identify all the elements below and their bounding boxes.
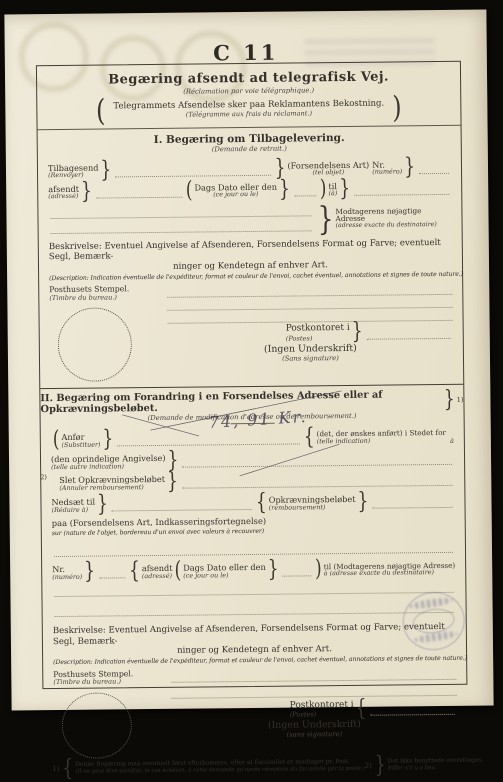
blank-line-amount <box>182 477 453 489</box>
section2-row-slet: 2) Slet Opkrævningsbeløbet (Annuler remb… <box>41 471 464 492</box>
postkontoret-row: Postkontoret i (Postes) <box>168 323 453 343</box>
brace-icon <box>129 561 140 584</box>
brace-icon <box>97 494 108 517</box>
section2-blank-row <box>42 584 465 599</box>
blank-line <box>54 544 453 557</box>
tilbagesend-label: Tilbagesend (Renvoyer) <box>48 163 99 179</box>
section1-stamp-block: Posthusets Stempel. (Timbre du bureau.) … <box>39 282 463 382</box>
brace-icon <box>404 156 415 179</box>
postkontoret-label: Postkontoret i (Postes) <box>290 701 354 719</box>
blank-line-destination <box>354 186 449 196</box>
stamp-circle-placeholder <box>61 692 132 720</box>
section2-row-anfor: Anfør (Substituer) (det, der ønskes anfø… <box>41 428 464 449</box>
brace-icon <box>304 426 315 449</box>
blank-line-item-description <box>115 167 270 178</box>
blank-line-office <box>367 330 451 340</box>
footnote-ref-1: 1) <box>457 396 464 404</box>
section2-blank-row <box>42 544 465 559</box>
postmark-text-marks <box>414 630 459 644</box>
stedet-label: (det, der ønskes anført) i Stedet for (t… <box>317 429 446 445</box>
section1-row-tilbagesend: Tilbagesend (Renvoyer) (Forsendelsens Ar… <box>38 159 461 180</box>
nedsaet-label: Nedsæt til (Réduire à) <box>51 498 95 514</box>
paren-icon <box>53 429 60 452</box>
blank-line-number <box>419 165 449 174</box>
ingen-underskrift: (Ingen Underskrift) (Sans signature) <box>168 343 453 364</box>
postkontoret-label: Postkontoret i (Postes) <box>286 324 350 342</box>
beskrivelse-label: Beskrivelse: <box>53 626 106 637</box>
posthusets-stempel-label: Posthusets Stempel. (Timbre du bureau.) <box>53 670 171 687</box>
section1-beskrivelse: Beskrivelse: Eventuel Angivelse af Afsen… <box>39 238 462 284</box>
brace-icon <box>100 159 111 182</box>
stamp-area: Posthusets Stempel. (Timbre du bureau.) <box>53 670 172 720</box>
brace-icon <box>167 471 178 494</box>
nr-label: Nr. (numéro) <box>372 160 402 176</box>
postmark-text-marks <box>409 596 454 610</box>
oprindelig-label: (den oprindelige Angivelse) (telle autre… <box>51 454 166 471</box>
nr-label: Nr. (numéro) <box>52 565 82 581</box>
stamp-circle-placeholder <box>57 307 132 382</box>
blank-line <box>55 604 454 617</box>
brace-icon <box>339 178 350 201</box>
blank-line <box>51 218 312 234</box>
section-divider <box>40 384 463 389</box>
signature-area: Postkontoret i (Postes) (Ingen Underskri… <box>167 282 453 381</box>
paren-icon <box>315 559 322 582</box>
dags-dato-label: Dags Dato eller den (ce jour ou le) <box>183 563 266 579</box>
brace-icon <box>356 698 367 720</box>
paa-label-fr: sur (nature de l'objet, bordereau d'un e… <box>52 528 264 537</box>
subtitle-block: ( Telegrammets Afsendelse sker paa Rekla… <box>37 95 460 123</box>
brace-icon <box>268 559 279 582</box>
blank-line-reduced <box>112 501 252 511</box>
blank-line <box>167 308 452 324</box>
opkraevning-label: Opkrævningsbeløbet (remboursement) <box>269 495 356 511</box>
blank-line <box>50 204 311 219</box>
paren-icon <box>186 180 193 203</box>
blank-lines-address-block <box>48 204 315 236</box>
beskrivelse-label: Beskrivelse: <box>49 242 102 253</box>
blank-line-remboursement <box>372 499 452 509</box>
section2-row-nedsaet: Nedsæt til (Réduire à) Opkrævningsbeløbe… <box>41 493 464 514</box>
footnote-ref-2: 2) <box>40 473 47 481</box>
brace-icon <box>279 179 290 202</box>
brace-icon <box>444 388 455 411</box>
paren-open-icon: ( <box>88 95 114 125</box>
paren-icon <box>320 178 327 201</box>
blank-line-original <box>182 456 452 468</box>
scanned-form-paper: C 11 Begæring afsendt ad telegrafisk Vej… <box>4 9 493 710</box>
slet-label: Slet Opkrævningsbeløbet (Annuler rembour… <box>59 475 165 491</box>
dags-dato-label: Dags Dato eller den (ce jour ou le) <box>194 183 277 199</box>
posthusets-stempel-label: Posthusets Stempel. (Timbre du bureau.) <box>49 285 167 302</box>
forsendelsens-art-label: (Forsendelsens Art) (tel objet) <box>287 161 369 177</box>
signature-area: Postkontoret i (Postes) (Ingen Underskri… <box>171 667 457 720</box>
blank-line <box>171 680 456 699</box>
section1-row-adresse: Modtagerens nøjagtige Adresse (adresse e… <box>38 203 461 236</box>
paa-label: paa (Forsendelsens Art, Indkasseringsfor… <box>52 514 455 528</box>
postkontoret-row: Postkontoret i (Postes) <box>172 700 457 720</box>
blank-line-substitute <box>117 436 300 447</box>
section2-stamp-block: Posthusets Stempel. (Timbre du bureau.) … <box>43 666 467 720</box>
brace-icon <box>352 321 363 344</box>
brace-icon <box>102 429 113 452</box>
til-label: til (à) <box>328 182 337 197</box>
til-adresse-label: til (Modtagerens nøjagtige Adresse) à (a… <box>324 562 456 578</box>
form-border-box: Begæring afsendt ad telegrafisk Vej. (Ré… <box>36 61 468 689</box>
beskrivelse-fr: (Description: Indication éventuelle de l… <box>49 271 463 282</box>
brace-icon <box>81 181 92 204</box>
paren-icon <box>174 560 181 583</box>
stamp-area: Posthusets Stempel. (Timbre du bureau.) <box>49 285 168 382</box>
section2-row-oprindelig: (den oprindelige Angivelse) (telle autre… <box>41 450 464 471</box>
brace-icon <box>357 491 368 514</box>
section2-beskrivelse: Beskrivelse: Eventuel Angivelse af Afsen… <box>43 622 466 668</box>
brace-icon <box>256 492 267 515</box>
paren-close-icon: ) <box>384 92 410 122</box>
blank-line-number <box>99 570 125 579</box>
brace-icon <box>317 202 333 235</box>
brace-icon <box>84 561 95 584</box>
blank-line-date <box>294 187 316 196</box>
afsendt-label: afsendt (adressé) <box>142 564 173 580</box>
blank-line-office <box>371 706 455 716</box>
blank-line-address <box>96 189 182 199</box>
stedet-a-label: à <box>450 438 454 445</box>
anfor-label: Anfør (Substituer) <box>61 432 100 448</box>
blank-line <box>54 584 453 597</box>
modtager-adresse-label: Modtagerens nøjagtige Adresse (adresse e… <box>335 206 451 229</box>
blank-line-date <box>283 568 312 577</box>
afsendt-label: afsendt (adressé) <box>48 185 79 201</box>
section2-row-nr: Nr. (numéro) afsendt (adressé) Dags Dato… <box>42 560 465 581</box>
beskrivelse-fr: (Description: Indication éventuelle de l… <box>53 655 467 666</box>
